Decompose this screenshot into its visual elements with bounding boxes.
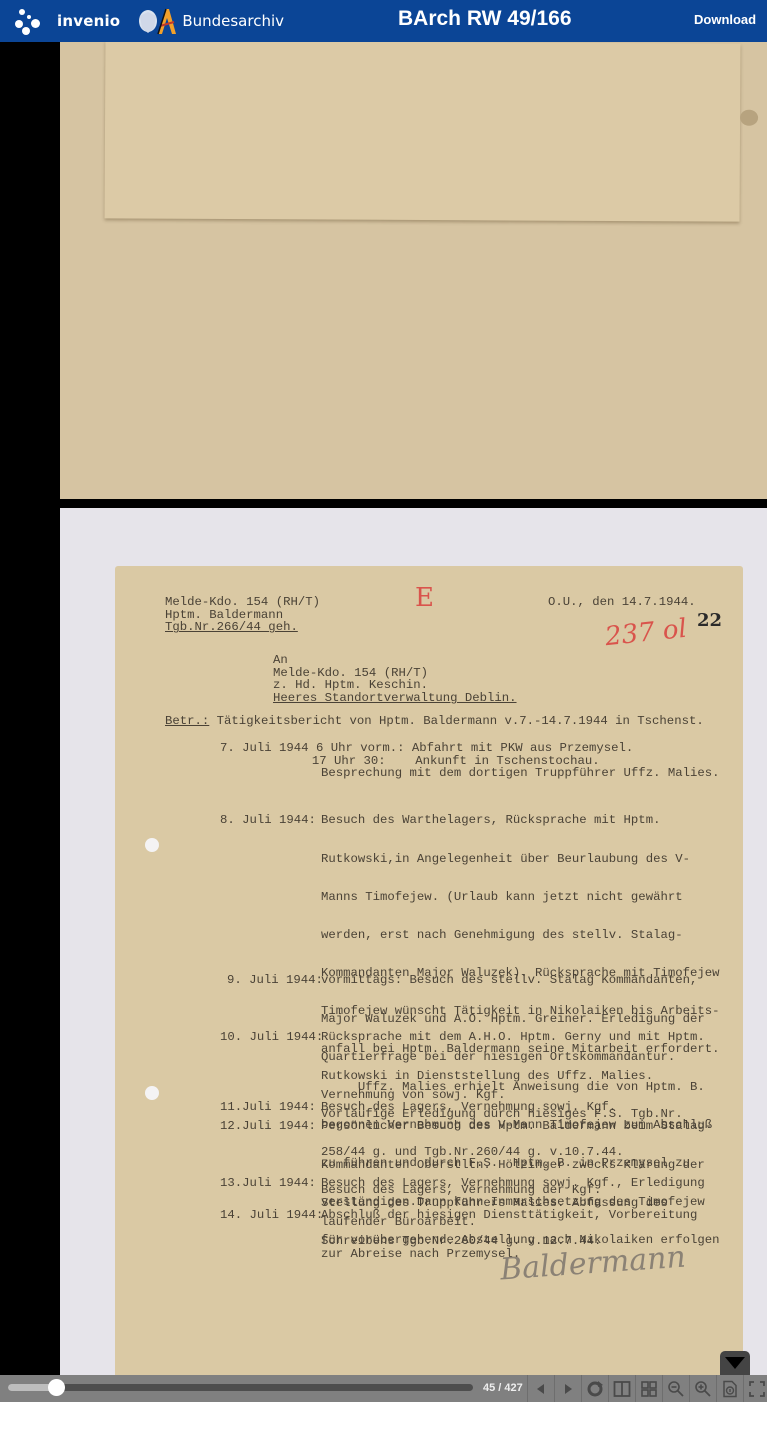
zoom-in-icon [694, 1380, 712, 1398]
entry-jul-7: 7. Juli 1944 6 Uhr vorm.: Abfahrt mit PK… [220, 742, 719, 780]
page-counter: 45 / 427 [483, 1382, 523, 1394]
page-slider[interactable] [8, 1384, 473, 1391]
invenio-dots-icon [15, 7, 43, 35]
bundesarchiv-text: Bundesarchiv [182, 12, 284, 30]
document-title: BArch RW 49/166 [398, 7, 572, 31]
red-handwritten-note: 237 ol [604, 614, 689, 652]
scroll-down-button[interactable] [720, 1351, 750, 1375]
grid-icon [640, 1380, 658, 1398]
two-page-view-button[interactable] [608, 1375, 635, 1402]
typed-letter: Melde-Kdo. 154 (RH/T)Hptm. BaldermannTgb… [115, 566, 743, 1375]
place-date: O.U., den 14.7.1944. [548, 596, 696, 609]
zoom-out-button[interactable] [662, 1375, 689, 1402]
federal-eagle-icon [136, 6, 180, 36]
rotate-icon [586, 1380, 604, 1398]
next-page-button[interactable] [554, 1375, 581, 1402]
fullscreen-icon [748, 1380, 766, 1398]
red-mark-e: E [415, 583, 434, 613]
subject-line: Betr.: Tätigkeitsbericht von Hptm. Balde… [165, 715, 704, 728]
sender-block: Melde-Kdo. 154 (RH/T)Hptm. BaldermannTgb… [165, 596, 320, 634]
current-page-scan: Melde-Kdo. 154 (RH/T)Hptm. BaldermannTgb… [60, 508, 767, 1375]
document-info-icon [721, 1380, 739, 1398]
triangle-left-icon [532, 1380, 550, 1398]
invenio-logo[interactable]: invenio [15, 7, 120, 35]
triangle-right-icon [559, 1380, 577, 1398]
top-header: invenio Bundesarchiv BArch RW 49/166 Dow… [0, 0, 767, 42]
zoom-out-icon [667, 1380, 685, 1398]
page-slider-thumb[interactable] [48, 1379, 65, 1396]
punch-hole [145, 838, 159, 852]
fullscreen-button[interactable] [743, 1375, 770, 1402]
bundesarchiv-logo[interactable]: Bundesarchiv [136, 6, 284, 36]
punch-hole [740, 110, 758, 126]
download-button[interactable]: Download [694, 12, 756, 27]
document-viewer[interactable]: Melde-Kdo. 154 (RH/T)Hptm. BaldermannTgb… [0, 42, 767, 1375]
page-info-button[interactable] [716, 1375, 743, 1402]
book-view-icon [613, 1380, 631, 1398]
page-stamp-number: 22 [697, 610, 722, 631]
triangle-down-icon [725, 1357, 745, 1369]
gallery-view-button[interactable] [635, 1375, 662, 1402]
viewer-toolbar: 45 / 427 [0, 1375, 767, 1402]
card-scan [105, 42, 741, 222]
previous-page-button[interactable] [527, 1375, 554, 1402]
recipient-block: AnMelde-Kdo. 154 (RH/T)z. Hd. Hptm. Kesc… [273, 654, 517, 705]
zoom-in-button[interactable] [689, 1375, 716, 1402]
punch-hole [145, 1086, 159, 1100]
rotate-button[interactable] [581, 1375, 608, 1402]
invenio-brand-text: invenio [57, 12, 120, 30]
previous-page-scan [60, 42, 767, 499]
